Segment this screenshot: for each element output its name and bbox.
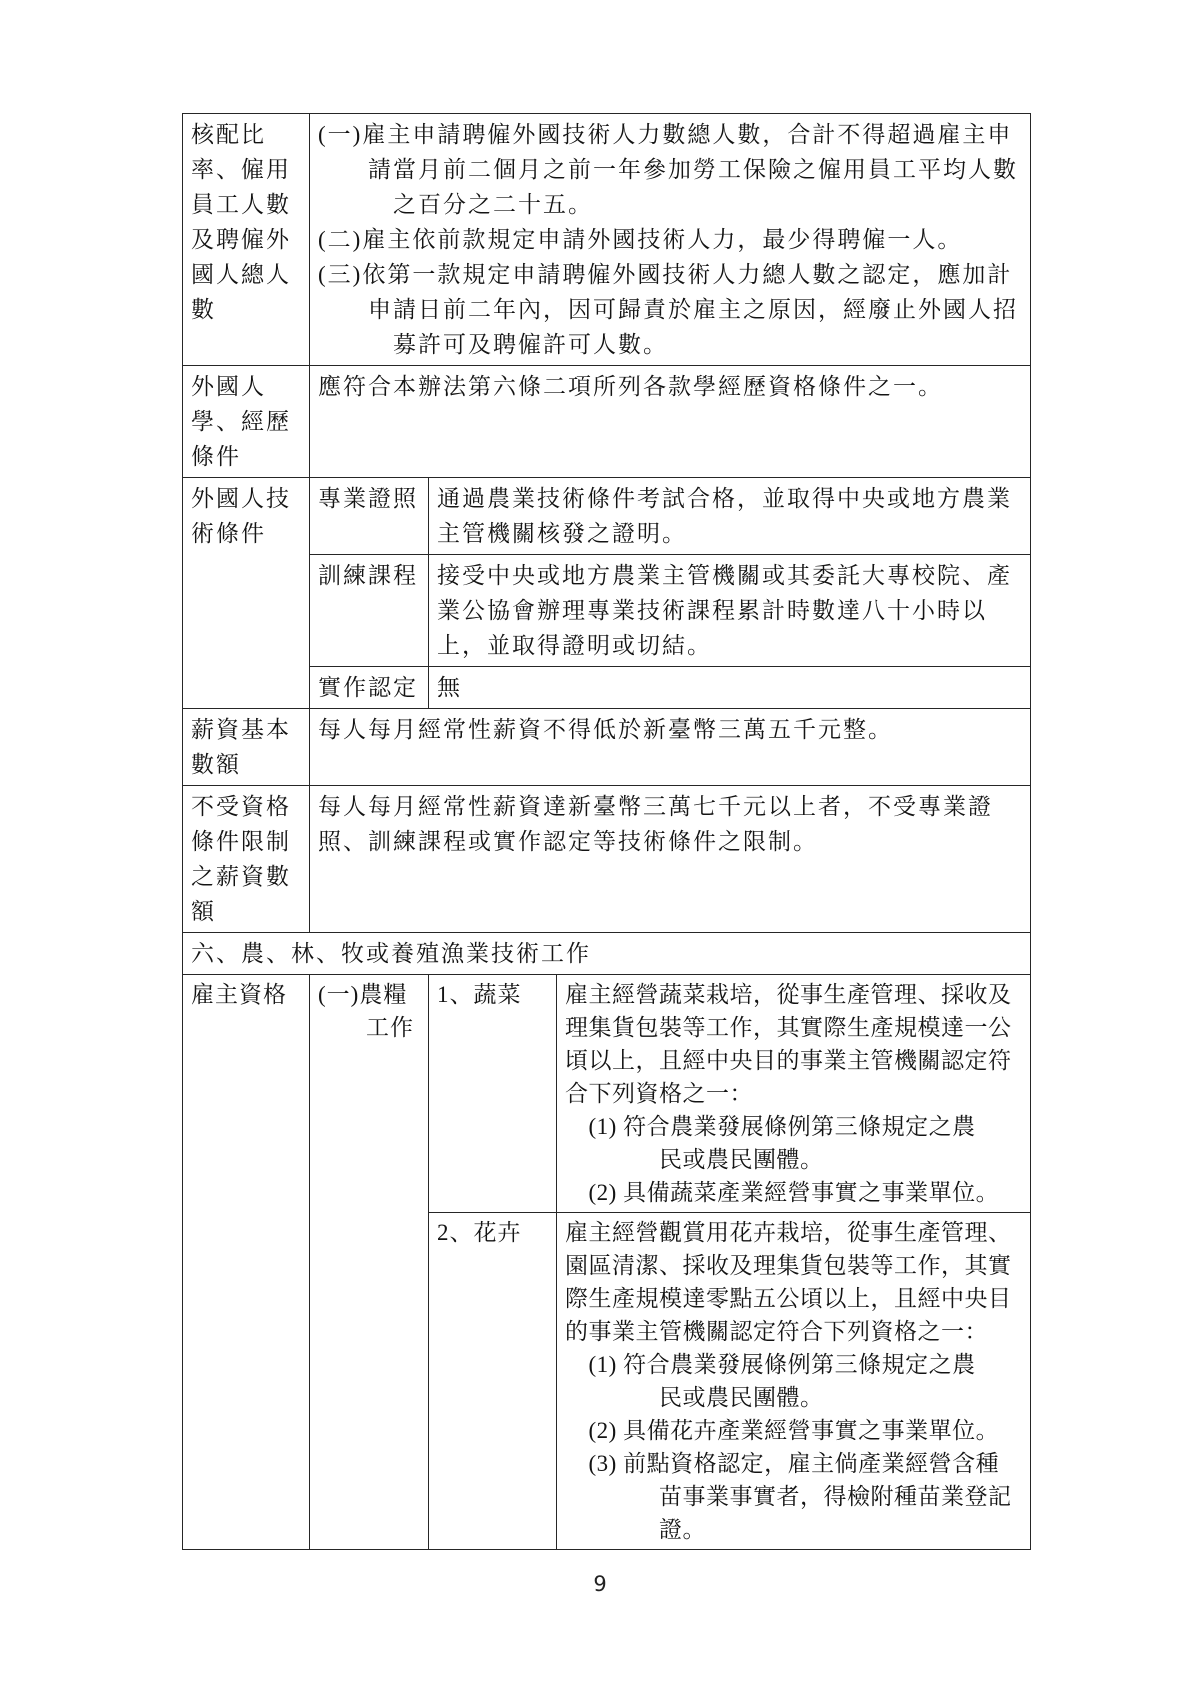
quota-content: (一)雇主申請聘僱外國技術人力數總人數，合計不得超過雇主申 請當月前二個月之前一… [310,114,1031,366]
qualification-label: 外國人 學、經歷 條件 [183,366,310,478]
row-salary-exempt: 不受資格 條件限制 之薪資數 額 每人每月經常性薪資達新臺幣三萬七千元以上者，不… [183,786,1031,933]
technical-sub-license-label: 專業證照 [310,478,429,555]
employer-group-label: (一)農糧 工作 [310,975,429,1550]
row-quota: 核配比 率、僱用 員工人數 及聘僱外 國人總人 數 (一)雇主申請聘僱外國技術人… [183,114,1031,366]
technical-sub-practice-label: 實作認定 [310,667,429,709]
row-qualification: 外國人 學、經歷 條件 應符合本辦法第六條二項所列各款學經歷資格條件之一。 [183,366,1031,478]
qualification-content: 應符合本辦法第六條二項所列各款學經歷資格條件之一。 [310,366,1031,478]
technical-sub-license-content: 通過農業技術條件考試合格，並取得中央或地方農業 主管機關核發之證明。 [429,478,1031,555]
salary-exempt-label: 不受資格 條件限制 之薪資數 額 [183,786,310,933]
page-number: 9 [0,1572,1200,1596]
employer-item-vegetable-label: 1、蔬菜 [429,975,557,1213]
row-technical-training: 訓練課程 接受中央或地方農業主管機關或其委託大專校院、產 業公協會辦理專業技術課… [183,555,1031,667]
technical-label: 外國人技 術條件 [183,478,310,709]
technical-sub-training-label: 訓練課程 [310,555,429,667]
quota-label: 核配比 率、僱用 員工人數 及聘僱外 國人總人 數 [183,114,310,366]
row-technical-license: 外國人技 術條件 專業證照 通過農業技術條件考試合格，並取得中央或地方農業 主管… [183,478,1031,555]
technical-sub-practice-content: 無 [429,667,1031,709]
row-section-header: 六、農、林、牧或養殖漁業技術工作 [183,933,1031,975]
regulation-table: 核配比 率、僱用 員工人數 及聘僱外 國人總人 數 (一)雇主申請聘僱外國技術人… [182,113,1031,1550]
salary-base-content: 每人每月經常性薪資不得低於新臺幣三萬五千元整。 [310,709,1031,786]
document-page: 核配比 率、僱用 員工人數 及聘僱外 國人總人 數 (一)雇主申請聘僱外國技術人… [0,0,1200,1697]
employer-item-flower-label: 2、花卉 [429,1213,557,1550]
technical-sub-training-content: 接受中央或地方農業主管機關或其委託大專校院、產 業公協會辦理專業技術課程累計時數… [429,555,1031,667]
salary-exempt-content: 每人每月經常性薪資達新臺幣三萬七千元以上者，不受專業證 照、訓練課程或實作認定等… [310,786,1031,933]
row-employer-vegetable: 雇主資格 (一)農糧 工作 1、蔬菜 雇主經營蔬菜栽培，從事生產管理、採收及 理… [183,975,1031,1213]
employer-item-flower-content: 雇主經營觀賞用花卉栽培，從事生產管理、 園區清潔、採收及理集貨包裝等工作，其實 … [557,1213,1031,1550]
section-title: 六、農、林、牧或養殖漁業技術工作 [183,933,1031,975]
employer-item-vegetable-content: 雇主經營蔬菜栽培，從事生產管理、採收及 理集貨包裝等工作，其實際生產規模達一公 … [557,975,1031,1213]
row-technical-practice: 實作認定 無 [183,667,1031,709]
row-salary-base: 薪資基本 數額 每人每月經常性薪資不得低於新臺幣三萬五千元整。 [183,709,1031,786]
salary-base-label: 薪資基本 數額 [183,709,310,786]
employer-label: 雇主資格 [183,975,310,1550]
